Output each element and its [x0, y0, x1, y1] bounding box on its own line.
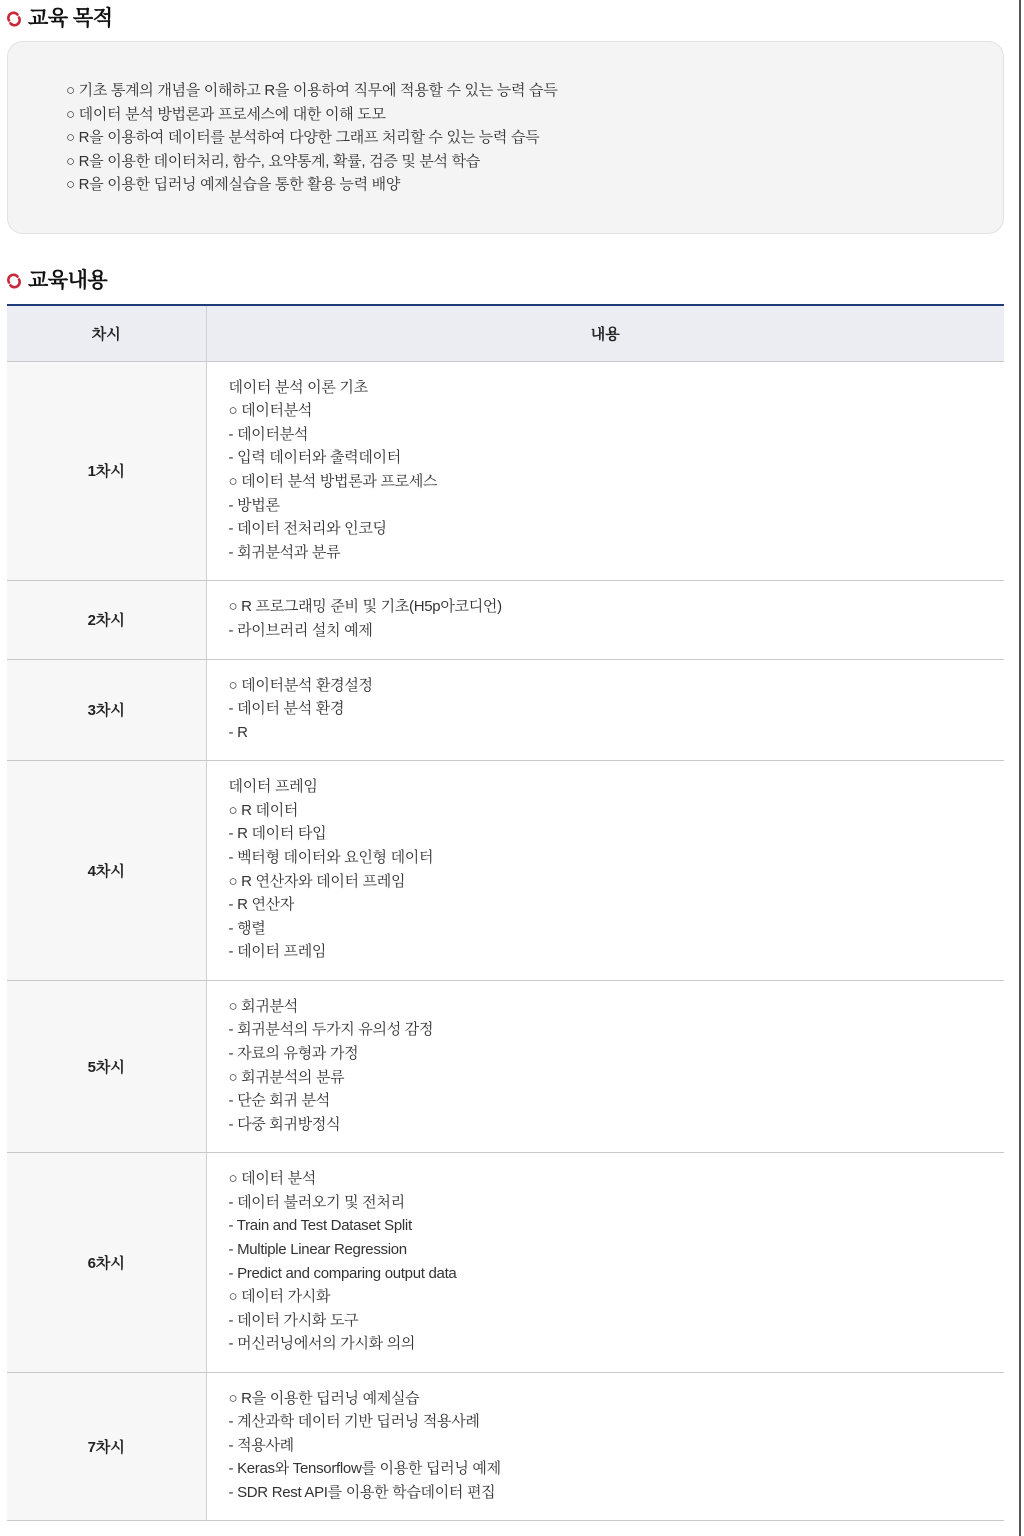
section-title-content: 교육내용: [6, 264, 107, 294]
goal-item: ○ 데이터 분석 방법론과 프로세스에 대한 이해 도모: [66, 103, 1003, 127]
section-title-goals: 교육 목적: [6, 2, 112, 32]
content-line: - 회귀분석의 두가지 유의성 감정: [229, 1018, 1005, 1042]
content-line: - 회귀분석과 분류: [229, 541, 1005, 565]
content-cell: ○ R 프로그래밍 준비 및 기초(H5p아코디언) - 라이브러리 설치 예제: [206, 580, 1004, 659]
page-edge-divider: [1019, 0, 1021, 1536]
refresh-circle-arrow-icon: [6, 271, 22, 287]
content-line: - Multiple Linear Regression: [229, 1238, 1005, 1262]
content-line: - R: [229, 721, 1005, 745]
content-line: - 방법론: [229, 494, 1005, 518]
content-line: - 벡터형 데이터와 요인형 데이터: [229, 846, 1005, 870]
content-line: - Keras와 Tensorflow를 이용한 딥러닝 예제: [229, 1457, 1005, 1481]
content-cell: ○ 데이터분석 환경설정 - 데이터 분석 환경 - R: [206, 659, 1004, 760]
content-line: ○ 데이터분석: [229, 399, 1005, 423]
content-line: 데이터 분석 이론 기초: [229, 376, 1005, 400]
table-row: 6차시 ○ 데이터 분석 - 데이터 불러오기 및 전처리 - Train an…: [7, 1152, 1004, 1372]
table-header-row: 차시 내용: [7, 305, 1004, 361]
content-line: - 데이터 가시화 도구: [229, 1309, 1005, 1333]
session-cell: 6차시: [7, 1152, 206, 1372]
table-row: 3차시 ○ 데이터분석 환경설정 - 데이터 분석 환경 - R: [7, 659, 1004, 760]
section-title-text: 교육내용: [28, 264, 107, 294]
content-line: - Predict and comparing output data: [229, 1262, 1005, 1286]
content-line: ○ R을 이용한 딥러닝 예제실습: [229, 1387, 1005, 1411]
content-line: - 데이터 분석 환경: [229, 697, 1005, 721]
session-cell: 7차시: [7, 1372, 206, 1520]
column-header-content: 내용: [206, 305, 1004, 361]
content-cell: ○ R을 이용한 딥러닝 예제실습 - 계산과학 데이터 기반 딥러닝 적용사례…: [206, 1372, 1004, 1520]
refresh-circle-arrow-icon: [6, 9, 22, 25]
content-line: ○ R 연산자와 데이터 프레임: [229, 870, 1005, 894]
content-line: - 데이터 불러오기 및 전처리: [229, 1191, 1005, 1215]
goals-box: ○ 기초 통계의 개념을 이해하고 R을 이용하여 직무에 적용할 수 있는 능…: [7, 41, 1004, 234]
goal-item: ○ R을 이용하여 데이터를 분석하여 다양한 그래프 처리할 수 있는 능력 …: [66, 126, 1003, 150]
content-line: - 입력 데이터와 출력데이터: [229, 446, 1005, 470]
column-header-session: 차시: [7, 305, 206, 361]
content-line: - 라이브러리 설치 예제: [229, 619, 1005, 643]
content-line: ○ R 데이터: [229, 799, 1005, 823]
content-line: 데이터 프레임: [229, 775, 1005, 799]
content-cell: ○ 데이터 분석 - 데이터 불러오기 및 전처리 - Train and Te…: [206, 1152, 1004, 1372]
curriculum-table: 차시 내용 1차시 데이터 분석 이론 기초 ○ 데이터분석 - 데이터분석 -…: [7, 304, 1004, 1521]
content-line: - 데이터 전처리와 인코딩: [229, 517, 1005, 541]
session-cell: 2차시: [7, 580, 206, 659]
content-cell: ○ 회귀분석 - 회귀분석의 두가지 유의성 감정 - 자료의 유형과 가정 ○…: [206, 980, 1004, 1152]
table-row: 1차시 데이터 분석 이론 기초 ○ 데이터분석 - 데이터분석 - 입력 데이…: [7, 361, 1004, 580]
content-line: ○ 데이터 가시화: [229, 1285, 1005, 1309]
content-line: - Train and Test Dataset Split: [229, 1214, 1005, 1238]
content-line: - SDR Rest API를 이용한 학습데이터 편집: [229, 1481, 1005, 1505]
content-cell: 데이터 분석 이론 기초 ○ 데이터분석 - 데이터분석 - 입력 데이터와 출…: [206, 361, 1004, 580]
table-row: 4차시 데이터 프레임 ○ R 데이터 - R 데이터 타입 - 벡터형 데이터…: [7, 760, 1004, 980]
content-line: - 계산과학 데이터 기반 딥러닝 적용사례: [229, 1410, 1005, 1434]
session-cell: 5차시: [7, 980, 206, 1152]
content-line: ○ 회귀분석의 분류: [229, 1066, 1005, 1090]
content-line: ○ 회귀분석: [229, 995, 1005, 1019]
session-cell: 4차시: [7, 760, 206, 980]
content-line: ○ 데이터 분석: [229, 1167, 1005, 1191]
content-line: - 자료의 유형과 가정: [229, 1042, 1005, 1066]
content-line: - R 데이터 타입: [229, 822, 1005, 846]
content-line: - 적용사례: [229, 1434, 1005, 1458]
content-line: ○ 데이터분석 환경설정: [229, 674, 1005, 698]
section-title-text: 교육 목적: [28, 2, 112, 32]
content-line: - 데이터 프레임: [229, 940, 1005, 964]
goal-item: ○ 기초 통계의 개념을 이해하고 R을 이용하여 직무에 적용할 수 있는 능…: [66, 79, 1003, 103]
session-cell: 1차시: [7, 361, 206, 580]
goal-item: ○ R을 이용한 딥러닝 예제실습을 통한 활용 능력 배양: [66, 173, 1003, 197]
content-line: ○ 데이터 분석 방법론과 프로세스: [229, 470, 1005, 494]
content-line: - 머신러닝에서의 가시화 의의: [229, 1332, 1005, 1356]
content-cell: 데이터 프레임 ○ R 데이터 - R 데이터 타입 - 벡터형 데이터와 요인…: [206, 760, 1004, 980]
table-row: 7차시 ○ R을 이용한 딥러닝 예제실습 - 계산과학 데이터 기반 딥러닝 …: [7, 1372, 1004, 1520]
content-line: - 행렬: [229, 917, 1005, 941]
content-line: ○ R 프로그래밍 준비 및 기초(H5p아코디언): [229, 595, 1005, 619]
content-line: - 데이터분석: [229, 423, 1005, 447]
table-row: 2차시 ○ R 프로그래밍 준비 및 기초(H5p아코디언) - 라이브러리 설…: [7, 580, 1004, 659]
content-line: - 다중 회귀방정식: [229, 1113, 1005, 1137]
content-line: - 단순 회귀 분석: [229, 1089, 1005, 1113]
content-line: - R 연산자: [229, 893, 1005, 917]
session-cell: 3차시: [7, 659, 206, 760]
table-row: 5차시 ○ 회귀분석 - 회귀분석의 두가지 유의성 감정 - 자료의 유형과 …: [7, 980, 1004, 1152]
goal-item: ○ R을 이용한 데이터처리, 함수, 요약통계, 확률, 검증 및 분석 학습: [66, 150, 1003, 174]
